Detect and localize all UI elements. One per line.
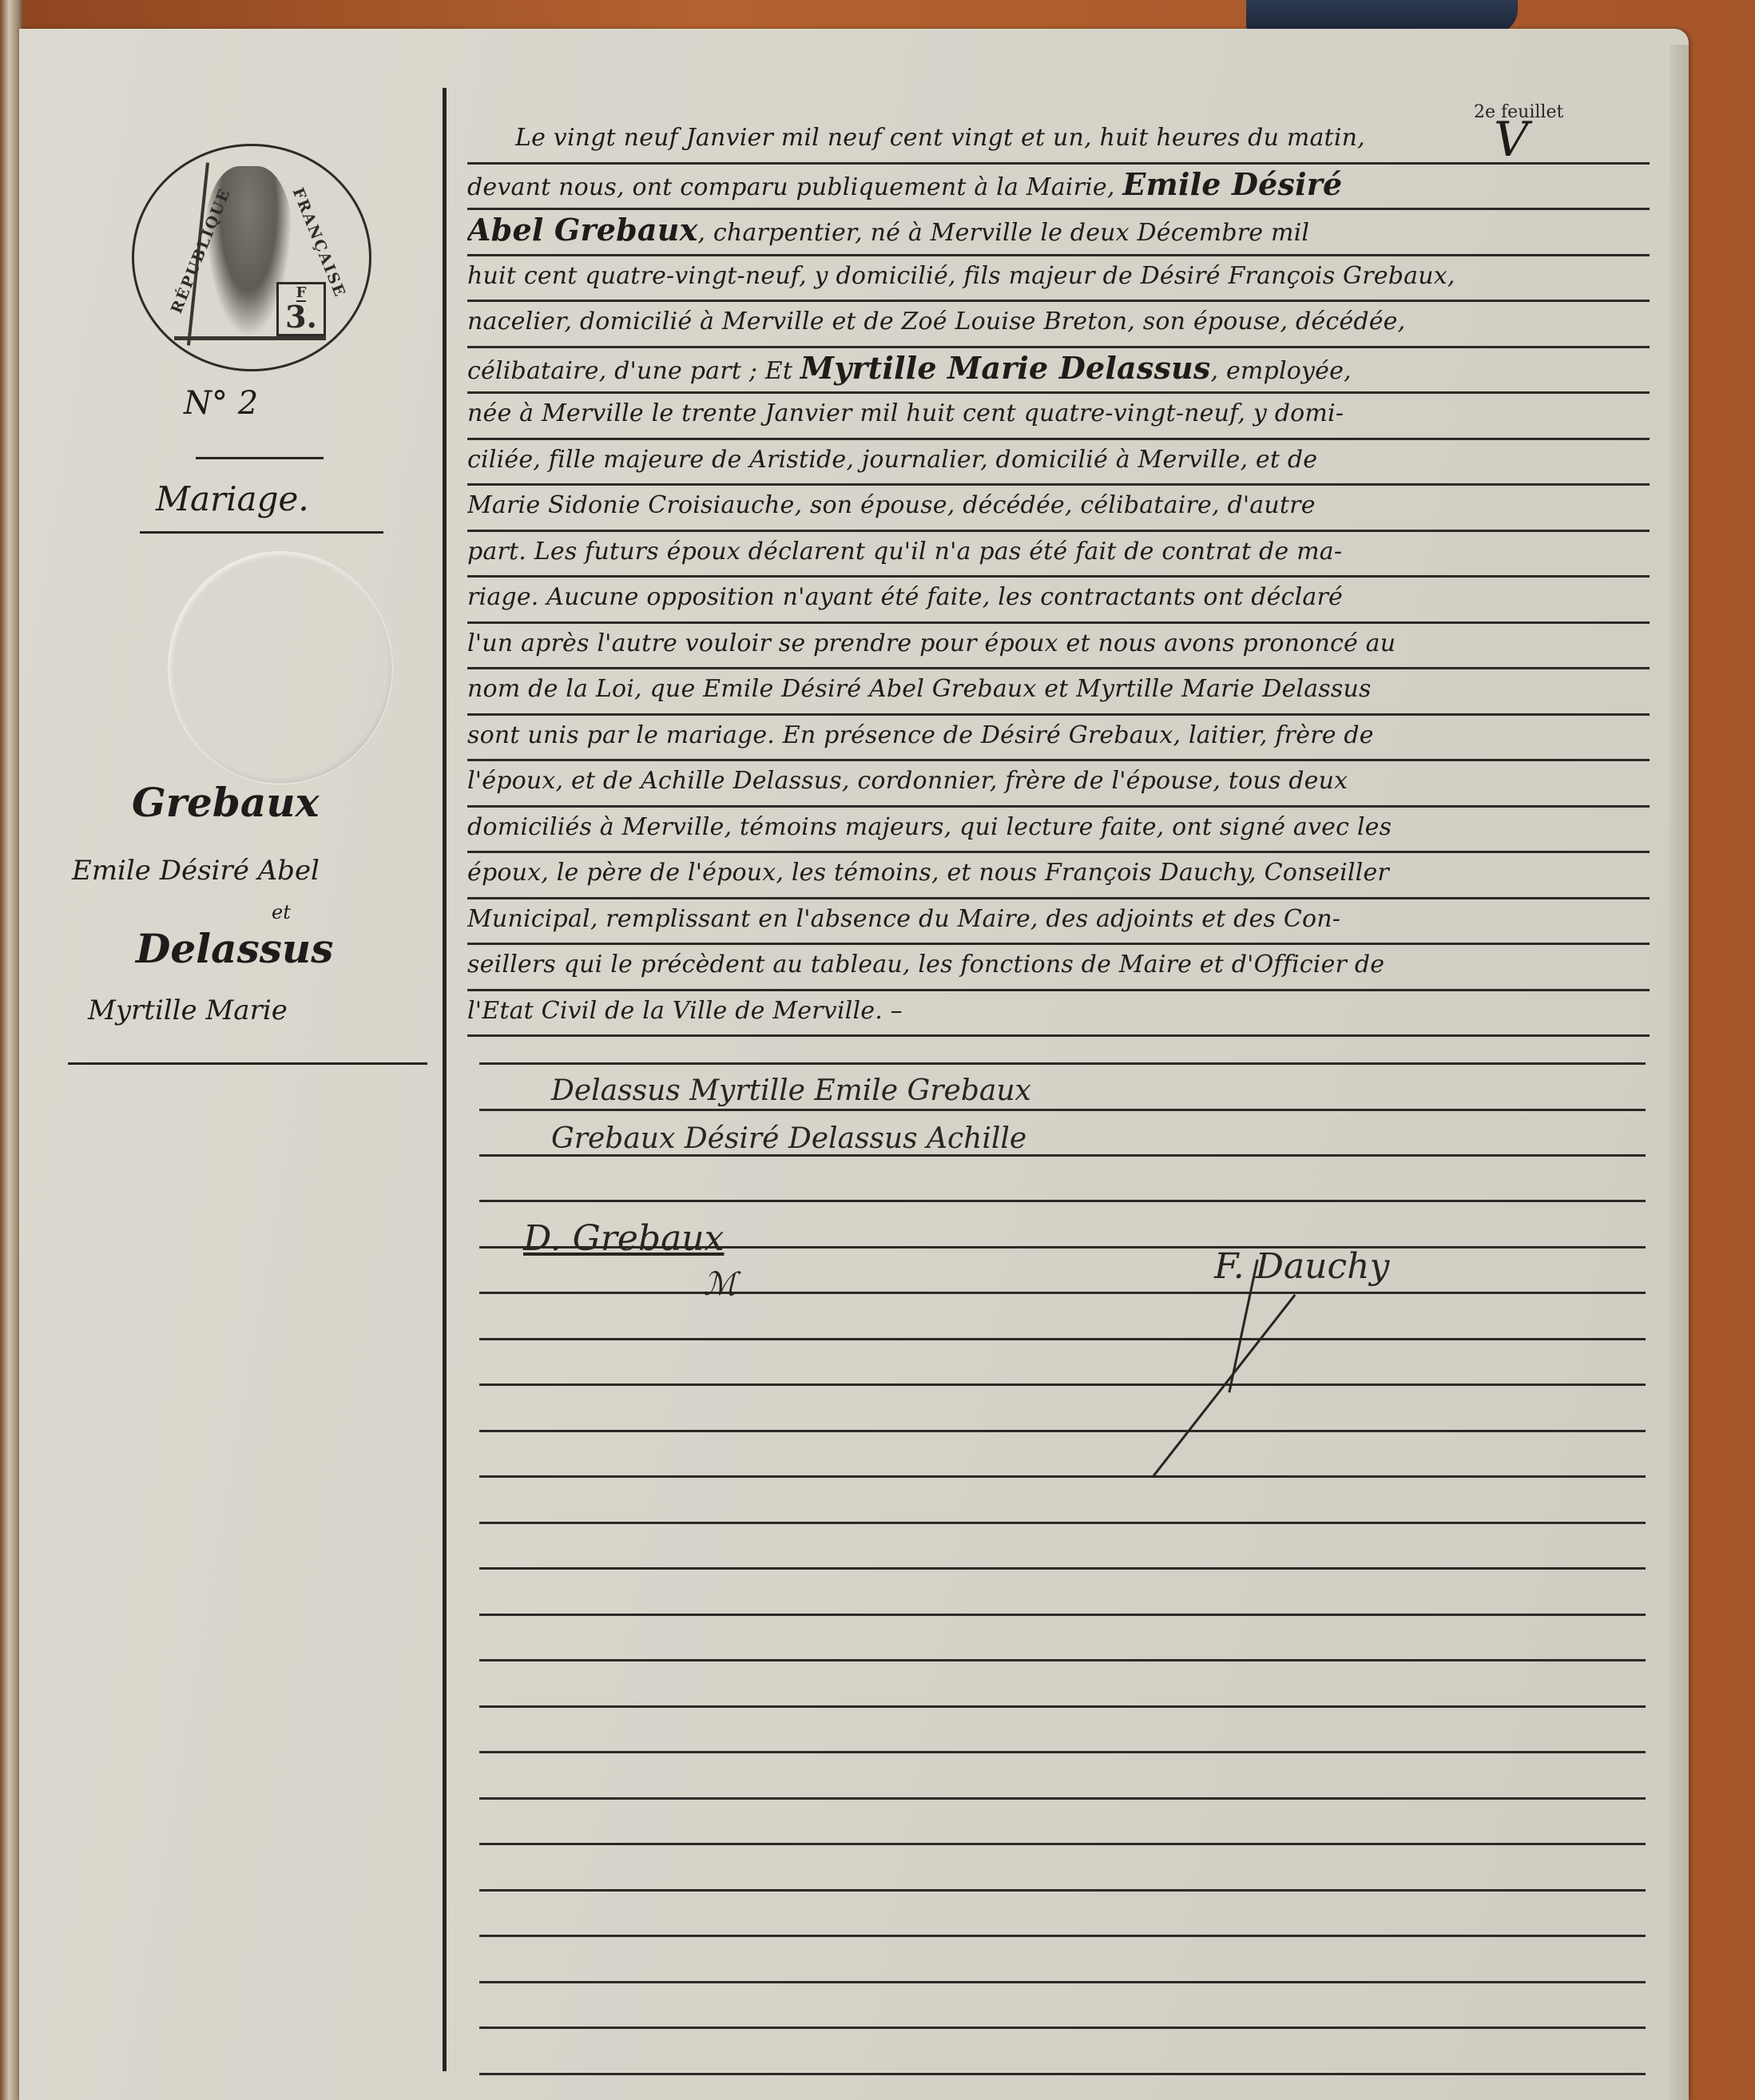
groom-name-emphasis: Abel Grebaux xyxy=(467,212,697,248)
conjunction: et xyxy=(272,901,291,923)
signatures-witnesses: Grebaux Désiré Delassus Achille xyxy=(551,1122,1026,1155)
ruled-line xyxy=(479,1751,1646,1753)
signature-officer: F. Dauchy xyxy=(1214,1246,1389,1287)
ruled-line xyxy=(479,2073,1646,2075)
body-line: Marie Sidonie Croisiauche, son épouse, d… xyxy=(467,486,1650,532)
body-line: Municipal, remplissant en l'absence du M… xyxy=(467,899,1650,946)
ruled-line xyxy=(479,1109,1646,1111)
ruled-line xyxy=(479,1705,1646,1708)
signature-mark: ℳ xyxy=(703,1266,737,1303)
body-line: époux, le père de l'époux, les témoins, … xyxy=(467,853,1650,899)
ruled-line xyxy=(479,1935,1646,1937)
ruled-line xyxy=(479,1475,1646,1478)
body-line: part. Les futurs époux déclarent qu'il n… xyxy=(467,532,1650,578)
body-line: sont unis par le mariage. En présence de… xyxy=(467,716,1650,762)
body-line: Abel Grebaux, charpentier, né à Merville… xyxy=(467,210,1650,256)
ruled-line xyxy=(479,1522,1646,1524)
ruled-line xyxy=(479,1843,1646,1845)
acte-type: Mariage. xyxy=(156,479,309,518)
body-line: domiciliés à Merville, témoins majeurs, … xyxy=(467,808,1650,854)
acte-body: Le vingt neuf Janvier mil neuf cent ving… xyxy=(467,118,1650,1037)
body-line: devant nous, ont comparu publiquement à … xyxy=(467,165,1650,211)
ruled-line xyxy=(479,1430,1646,1432)
margin-divider xyxy=(140,531,383,534)
embossed-seal xyxy=(168,551,393,784)
ruled-line xyxy=(479,1797,1646,1800)
groom-given-names: Emile Désiré Abel xyxy=(72,855,320,887)
ruled-line xyxy=(479,1292,1646,1294)
ruled-line xyxy=(479,1567,1646,1570)
body-line: l'Etat Civil de la Ville de Merville. – xyxy=(467,991,1650,1038)
body-line: riage. Aucune opposition n'ayant été fai… xyxy=(467,578,1650,624)
body-line: seillers qui le précèdent au tableau, le… xyxy=(467,945,1650,991)
ruled-line xyxy=(479,1383,1646,1386)
signatures-spouses: Delassus Myrtille Emile Grebaux xyxy=(551,1074,1031,1107)
bride-given-names: Myrtille Marie xyxy=(88,994,288,1026)
stamp-value-box: F 3. xyxy=(276,282,326,336)
body-line: huit cent quatre-vingt-neuf, y domicilié… xyxy=(467,256,1650,303)
body-line: Le vingt neuf Janvier mil neuf cent ving… xyxy=(467,118,1650,165)
ruled-line xyxy=(479,1338,1646,1340)
ruled-line xyxy=(479,1981,1646,1983)
bride-surname: Delassus xyxy=(136,925,333,972)
body-line: ciliée, fille majeure de Aristide, journ… xyxy=(467,440,1650,486)
ruled-line xyxy=(479,1659,1646,1661)
ruled-line xyxy=(479,1200,1646,1202)
margin-divider xyxy=(196,457,324,459)
page-edge xyxy=(1670,45,1689,2100)
ruled-line xyxy=(479,1889,1646,1892)
margin-rule xyxy=(443,88,447,2071)
body-line: célibataire, d'une part ; Et Myrtille Ma… xyxy=(467,348,1650,395)
stamp-base xyxy=(174,336,326,340)
body-line: l'un après l'autre vouloir se prendre po… xyxy=(467,624,1650,670)
groom-name-emphasis: Emile Désiré xyxy=(1122,166,1342,202)
ruled-line xyxy=(479,2027,1646,2029)
body-line: nom de la Loi, que Emile Désiré Abel Gre… xyxy=(467,669,1650,716)
groom-surname: Grebaux xyxy=(132,779,319,826)
bride-name-emphasis: Myrtille Marie Delassus xyxy=(800,350,1211,386)
margin-divider xyxy=(68,1062,427,1065)
signature-father: D. Grebaux xyxy=(523,1218,724,1259)
body-line: l'époux, et de Achille Delassus, cordonn… xyxy=(467,761,1650,808)
stamp-value: 3. xyxy=(285,302,317,332)
tax-stamp: RÉPUBLIQUE FRANÇAISE F 3. xyxy=(132,144,371,371)
acte-number: N° 2 xyxy=(184,385,258,422)
body-line: nacelier, domicilié à Merville et de Zoé… xyxy=(467,302,1650,348)
ruled-line xyxy=(479,1062,1646,1065)
body-line: née à Merville le trente Janvier mil hui… xyxy=(467,394,1650,440)
ruled-line xyxy=(479,1614,1646,1616)
